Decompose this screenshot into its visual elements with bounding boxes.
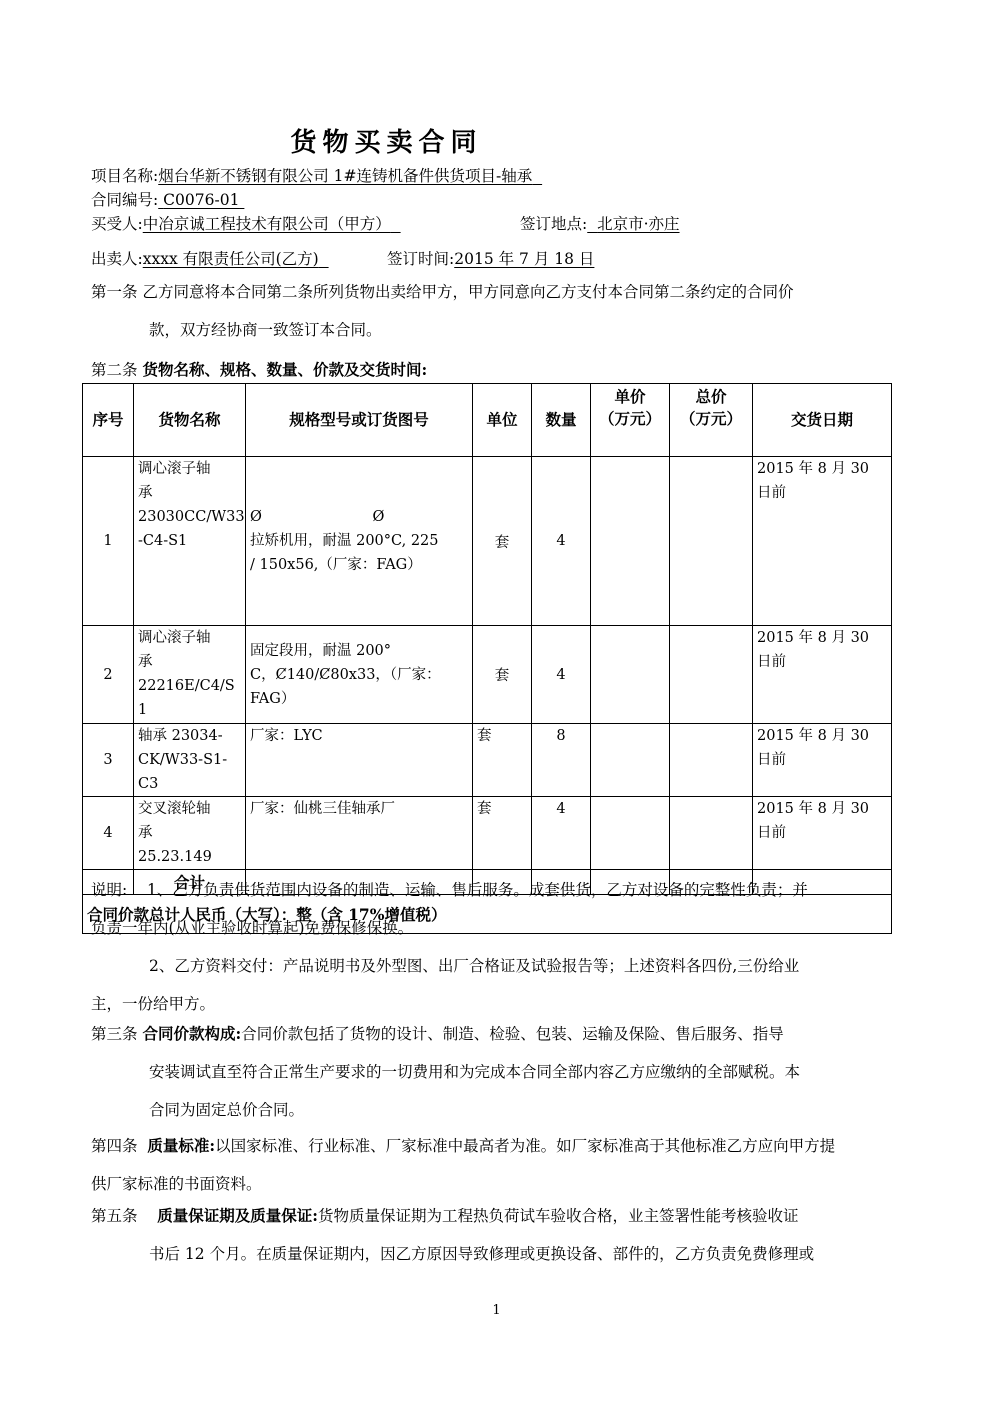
row-name: 调心滚子轴承22216E/C4/S1 bbox=[134, 626, 246, 724]
table-row: 3 轴承 23034-CK/W33-S1-C3 厂家：LYC 套 8 2015 … bbox=[83, 724, 892, 797]
row-total-price bbox=[670, 724, 753, 797]
row-no: 2 bbox=[83, 626, 134, 724]
article-2-title: 货物名称、规格、数量、价款及交货时间: bbox=[142, 360, 427, 379]
sign-place-line: 签订地点: 北京市·亦庄 bbox=[520, 212, 680, 234]
article-3-text: 合同价款包括了货物的设计、制造、检验、包装、运输及保险、售后服务、指导 bbox=[241, 1025, 784, 1043]
article-4: 第四条 质量标准:以国家标准、行业标准、厂家标准中最高者为准。如厂家标准高于其他… bbox=[91, 1127, 906, 1203]
row-unit: 套 bbox=[473, 457, 532, 626]
row-no: 3 bbox=[83, 724, 134, 797]
article-1: 第一条 乙方同意将本合同第二条所列货物出卖给甲方，甲方同意向乙方支付本合同第二条… bbox=[91, 273, 906, 349]
row-spec: 厂家：LYC bbox=[246, 724, 473, 797]
row-name: 交叉滚轮轴承25.23.149 bbox=[134, 797, 246, 870]
buyer-label: 买受人: bbox=[91, 215, 143, 233]
notes-label: 说明: bbox=[91, 881, 127, 899]
contract-number-value: C0076-01 bbox=[163, 191, 239, 209]
table-row: 2 调心滚子轴承22216E/C4/S1 固定段用，耐温 200°C，Ȼ140/… bbox=[83, 626, 892, 724]
header-total-price: 总价（万元） bbox=[670, 384, 753, 457]
project-name-label: 项目名称: bbox=[91, 167, 158, 185]
row-total-price bbox=[670, 797, 753, 870]
article-4-label: 第四条 bbox=[91, 1137, 138, 1155]
page-number: 1 bbox=[0, 1303, 993, 1318]
article-2-label: 第二条 bbox=[91, 361, 138, 379]
row-unit-price bbox=[591, 626, 670, 724]
article-4-text: 以国家标准、行业标准、厂家标准中最高者为准。如厂家标准高于其他标准乙方应向甲方提 bbox=[215, 1137, 835, 1155]
article-3: 第三条 合同价款构成:合同价款包括了货物的设计、制造、检验、包装、运输及保险、售… bbox=[91, 1015, 906, 1129]
row-spec: 固定段用，耐温 200°C，Ȼ140/Ȼ80x33，（厂家：FAG） bbox=[246, 626, 473, 724]
article-3-heading: 合同价款构成: bbox=[142, 1024, 241, 1043]
row-qty: 8 bbox=[532, 724, 591, 797]
notes-item-2: 2、乙方资料交付：产品说明书及外型图、出厂合格证及试验报告等；上述资料各四份,三… bbox=[91, 947, 906, 985]
article-1-text-cont: 款，双方经协商一致签订本合同。 bbox=[91, 311, 906, 349]
row-unit: 套 bbox=[473, 626, 532, 724]
row-qty: 4 bbox=[532, 797, 591, 870]
buyer-value: 中冶京诚工程技术有限公司（甲方） bbox=[143, 215, 391, 233]
notes: 说明: 1、乙方负责供货范围内设备的制造、运输、售后服务。成套供货，乙方对设备的… bbox=[91, 871, 906, 1023]
row-delivery: 2015 年 8 月 30日前 bbox=[753, 724, 892, 797]
row-total-price bbox=[670, 626, 753, 724]
header-unit-price: 单价（万元） bbox=[591, 384, 670, 457]
row-no: 4 bbox=[83, 797, 134, 870]
article-3-text-cont: 安装调试直至符合正常生产要求的一切费用和为完成本合同全部内容乙方应缴纳的全部赋税… bbox=[91, 1053, 906, 1091]
row-unit: 套 bbox=[473, 724, 532, 797]
article-3-label: 第三条 bbox=[91, 1025, 138, 1043]
header-qty: 数量 bbox=[532, 384, 591, 457]
seller-value: xxxx 有限责任公司(乙方) bbox=[143, 250, 319, 268]
project-name-line: 项目名称:烟台华新不锈钢有限公司 1#连铸机备件供货项目-轴承 bbox=[91, 164, 542, 186]
header-no: 序号 bbox=[83, 384, 134, 457]
article-5-text: 货物质量保证期为工程热负荷试车验收合格，业主签署性能考核验收证 bbox=[318, 1207, 799, 1225]
article-4-heading: 质量标准: bbox=[147, 1136, 215, 1155]
row-unit-price bbox=[591, 797, 670, 870]
seller-label: 出卖人: bbox=[91, 250, 143, 268]
row-delivery: 2015 年 8 月 30日前 bbox=[753, 457, 892, 626]
row-qty: 4 bbox=[532, 626, 591, 724]
header-delivery: 交货日期 bbox=[753, 384, 892, 457]
row-no: 1 bbox=[83, 457, 134, 626]
row-name: 调心滚子轴承23030CC/W33-C4-S1 bbox=[134, 457, 246, 626]
header-spec: 规格型号或订货图号 bbox=[246, 384, 473, 457]
article-2-heading: 第二条 货物名称、规格、数量、价款及交货时间: bbox=[91, 358, 427, 380]
article-1-label: 第一条 bbox=[91, 283, 138, 301]
article-5: 第五条 质量保证期及质量保证:货物质量保证期为工程热负荷试车验收合格，业主签署性… bbox=[91, 1197, 906, 1273]
sign-place-value: 北京市·亦庄 bbox=[597, 215, 679, 233]
row-qty: 4 bbox=[532, 457, 591, 626]
notes-item-1: 1、乙方负责供货范围内设备的制造、运输、售后服务。成套供货，乙方对设备的完整性负… bbox=[147, 881, 808, 899]
notes-item-1-cont: 负责一年内(从业主验收时算起)免费保修保换。 bbox=[91, 909, 906, 947]
row-delivery: 2015 年 8 月 30日前 bbox=[753, 797, 892, 870]
article-3-text-end: 合同为固定总价合同。 bbox=[91, 1091, 906, 1129]
header-unit: 单位 bbox=[473, 384, 532, 457]
sign-time-line: 签订时间:2015 年 7 月 18 日 bbox=[387, 247, 594, 269]
seller-line: 出卖人:xxxx 有限责任公司(乙方) bbox=[91, 247, 329, 269]
buyer-line: 买受人:中冶京诚工程技术有限公司（甲方） bbox=[91, 212, 401, 234]
sign-place-label: 签订地点: bbox=[520, 215, 587, 233]
row-unit-price bbox=[591, 724, 670, 797]
row-total-price bbox=[670, 457, 753, 626]
article-1-text: 乙方同意将本合同第二条所列货物出卖给甲方，甲方同意向乙方支付本合同第二条约定的合… bbox=[142, 283, 793, 301]
sign-time-value: 2015 年 7 月 18 日 bbox=[454, 250, 594, 268]
table-row: 1 调心滚子轴承23030CC/W33-C4-S1 Ø Ø拉矫机用，耐温 200… bbox=[83, 457, 892, 626]
table-row: 4 交叉滚轮轴承25.23.149 厂家：仙桃三佳轴承厂 套 4 2015 年 … bbox=[83, 797, 892, 870]
table-header-row: 序号 货物名称 规格型号或订货图号 单位 数量 单价（万元） 总价（万元） 交货… bbox=[83, 384, 892, 457]
document-title: 货物买卖合同 bbox=[0, 122, 993, 159]
header-name: 货物名称 bbox=[134, 384, 246, 457]
row-name: 轴承 23034-CK/W33-S1-C3 bbox=[134, 724, 246, 797]
article-5-heading: 质量保证期及质量保证: bbox=[157, 1206, 318, 1225]
contract-number-line: 合同编号: C0076-01 bbox=[91, 188, 244, 210]
row-spec: 厂家：仙桃三佳轴承厂 bbox=[246, 797, 473, 870]
goods-table: 序号 货物名称 规格型号或订货图号 单位 数量 单价（万元） 总价（万元） 交货… bbox=[82, 383, 892, 934]
row-unit-price bbox=[591, 457, 670, 626]
article-5-label: 第五条 bbox=[91, 1207, 138, 1225]
sign-time-label: 签订时间: bbox=[387, 250, 454, 268]
article-5-text-cont: 书后 12 个月。在质量保证期内，因乙方原因导致修理或更换设备、部件的，乙方负责… bbox=[91, 1235, 906, 1273]
contract-number-label: 合同编号: bbox=[91, 191, 158, 209]
row-delivery: 2015 年 8 月 30日前 bbox=[753, 626, 892, 724]
row-spec: Ø Ø拉矫机用，耐温 200°C, 225/ 150x56,（厂家：FAG） bbox=[246, 457, 473, 626]
project-name-value: 烟台华新不锈钢有限公司 1#连铸机备件供货项目-轴承 bbox=[158, 167, 532, 185]
row-unit: 套 bbox=[473, 797, 532, 870]
